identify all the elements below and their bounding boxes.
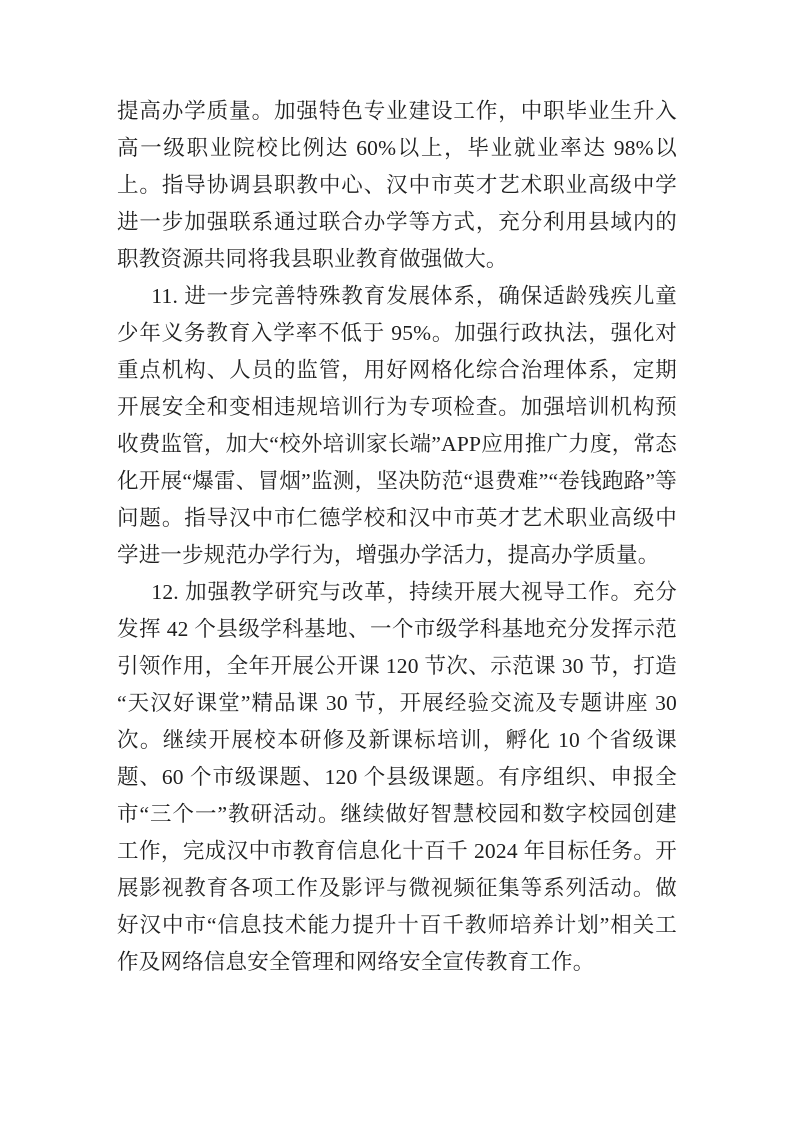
paragraph-continued: 提高办学质量。加强特色专业建设工作，中职毕业生升入高一级职业院校比例达 60%以… (117, 93, 677, 278)
paragraph-item-12: 12. 加强教学研究与改革，持续开展大视导工作。充分发挥 42 个县级学科基地、… (117, 574, 677, 981)
document-text-block: 提高办学质量。加强特色专业建设工作，中职毕业生升入高一级职业院校比例达 60%以… (117, 93, 677, 981)
paragraph-item-11: 11. 进一步完善特殊教育发展体系，确保适龄残疾儿童少年义务教育入学率不低于 9… (117, 278, 677, 574)
document-page: 提高办学质量。加强特色专业建设工作，中职毕业生升入高一级职业院校比例达 60%以… (0, 0, 793, 1122)
